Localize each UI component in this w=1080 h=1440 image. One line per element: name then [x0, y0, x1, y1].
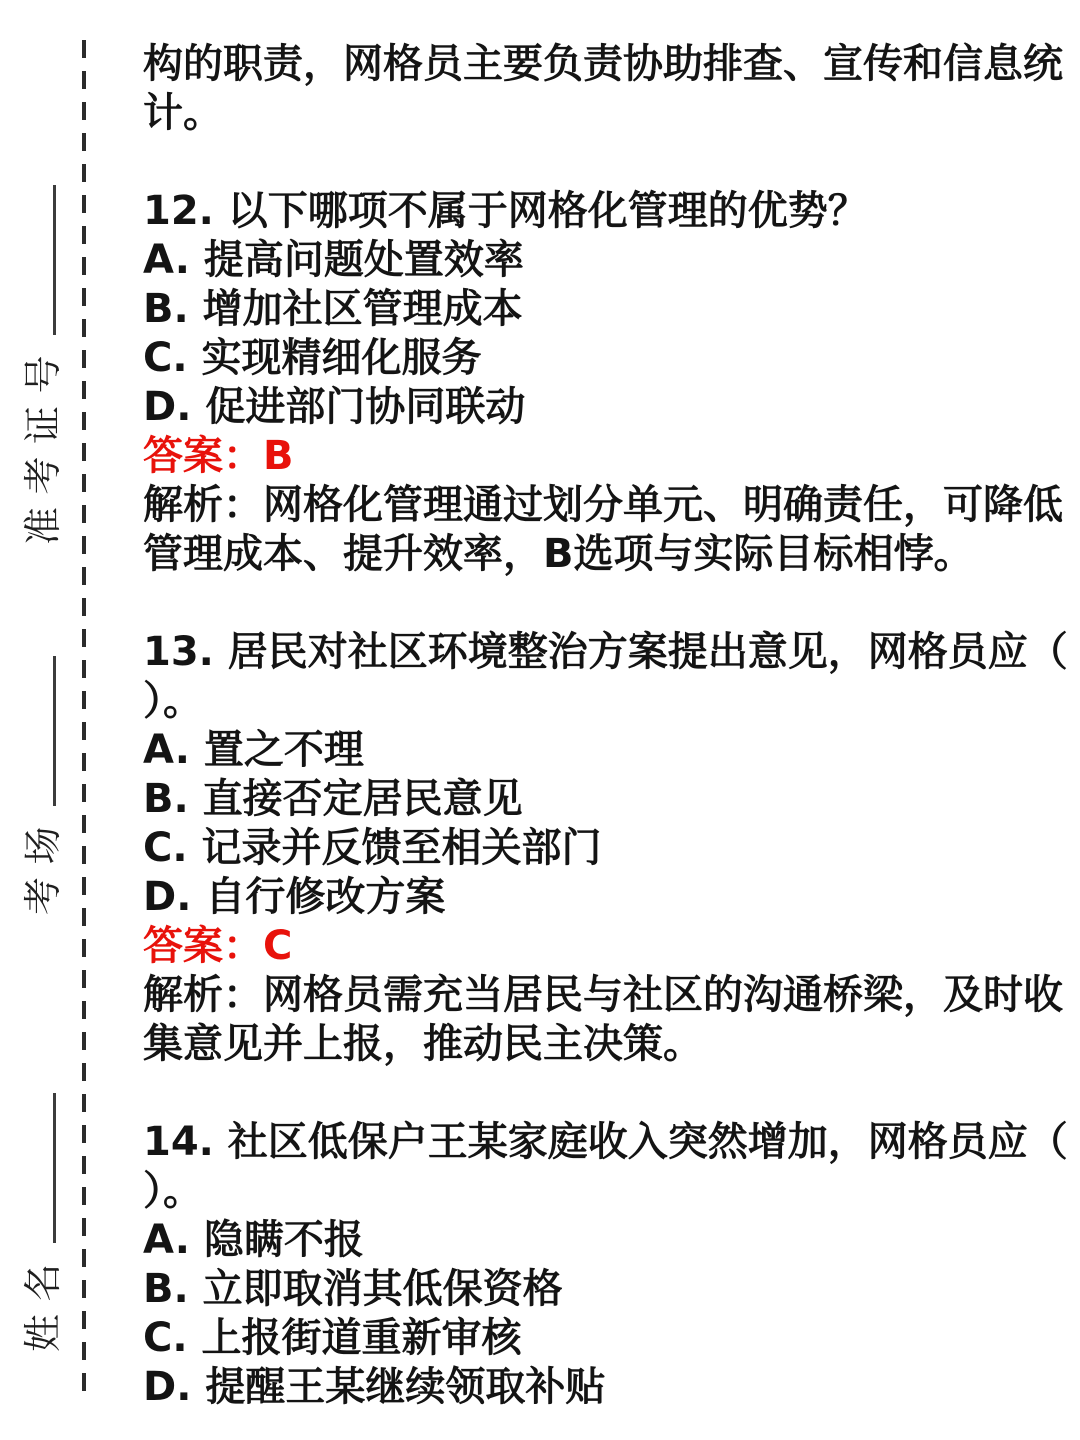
text-line: C. 上报街道重新审核: [143, 1314, 1073, 1363]
text-line: B. 增加社区管理成本: [143, 285, 1073, 334]
text-line: 管理成本、提升效率，B选项与实际目标相悖。: [143, 530, 1073, 579]
margin-field-exam-number: 准考证号: [13, 150, 73, 545]
text-line: C. 记录并反馈至相关部门: [143, 824, 1073, 873]
text-line: A. 置之不理: [143, 726, 1073, 775]
answer-line: 答案：C: [143, 922, 1073, 971]
exam-paper-page: 准考证号 考场 姓名 构的职责，网格员主要负责协助排查、宣传和信息统计。12. …: [0, 0, 1080, 1440]
text-line: 13. 居民对社区环境整治方案提出意见，网格员应（: [143, 628, 1073, 677]
margin-label-name: 姓名: [21, 1251, 65, 1352]
paragraph-continuation: 构的职责，网格员主要负责协助排查、宣传和信息统计。: [143, 40, 1073, 138]
text-line: 12. 以下哪项不属于网格化管理的优势？: [143, 187, 1073, 236]
margin-field-exam-room: 考场: [13, 665, 73, 915]
text-line: ）。: [143, 1167, 1073, 1216]
seal-dashed-line: [82, 40, 86, 1402]
text-line: 集意见并上报，推动民主决策。: [143, 1020, 1073, 1069]
text-line: 计。: [143, 89, 1073, 138]
text-line: 解析：网格化管理通过划分单元、明确责任，可降低: [143, 481, 1073, 530]
question-14: 14. 社区低保户王某家庭收入突然增加，网格员应（）。A. 隐瞒不报B. 立即取…: [143, 1118, 1073, 1412]
text-line: C. 实现精细化服务: [143, 334, 1073, 383]
margin-label-exam-number: 准考证号: [21, 343, 65, 545]
question-13: 13. 居民对社区环境整治方案提出意见，网格员应（）。A. 置之不理B. 直接否…: [143, 628, 1073, 1069]
margin-field-name: 姓名: [13, 1090, 73, 1352]
text-line: D. 促进部门协同联动: [143, 383, 1073, 432]
text-line: B. 立即取消其低保资格: [143, 1265, 1073, 1314]
text-line: ）。: [143, 677, 1073, 726]
text-line: A. 提高问题处置效率: [143, 236, 1073, 285]
margin-label-exam-room: 考场: [21, 814, 65, 915]
margin-blank-exam-room: [53, 656, 56, 806]
question-text-column: 构的职责，网格员主要负责协助排查、宣传和信息统计。12. 以下哪项不属于网格化管…: [143, 40, 1073, 1412]
text-line: B. 直接否定居民意见: [143, 775, 1073, 824]
text-line: 解析：网格员需充当居民与社区的沟通桥梁，及时收: [143, 971, 1073, 1020]
text-line: 14. 社区低保户王某家庭收入突然增加，网格员应（: [143, 1118, 1073, 1167]
margin-blank-exam-number: [53, 185, 56, 335]
text-line: A. 隐瞒不报: [143, 1216, 1073, 1265]
text-line: D. 提醒王某继续领取补贴: [143, 1363, 1073, 1412]
text-line: 构的职责，网格员主要负责协助排查、宣传和信息统: [143, 40, 1073, 89]
question-12: 12. 以下哪项不属于网格化管理的优势？A. 提高问题处置效率B. 增加社区管理…: [143, 187, 1073, 579]
margin-blank-name: [53, 1093, 56, 1243]
answer-line: 答案：B: [143, 432, 1073, 481]
text-line: D. 自行修改方案: [143, 873, 1073, 922]
